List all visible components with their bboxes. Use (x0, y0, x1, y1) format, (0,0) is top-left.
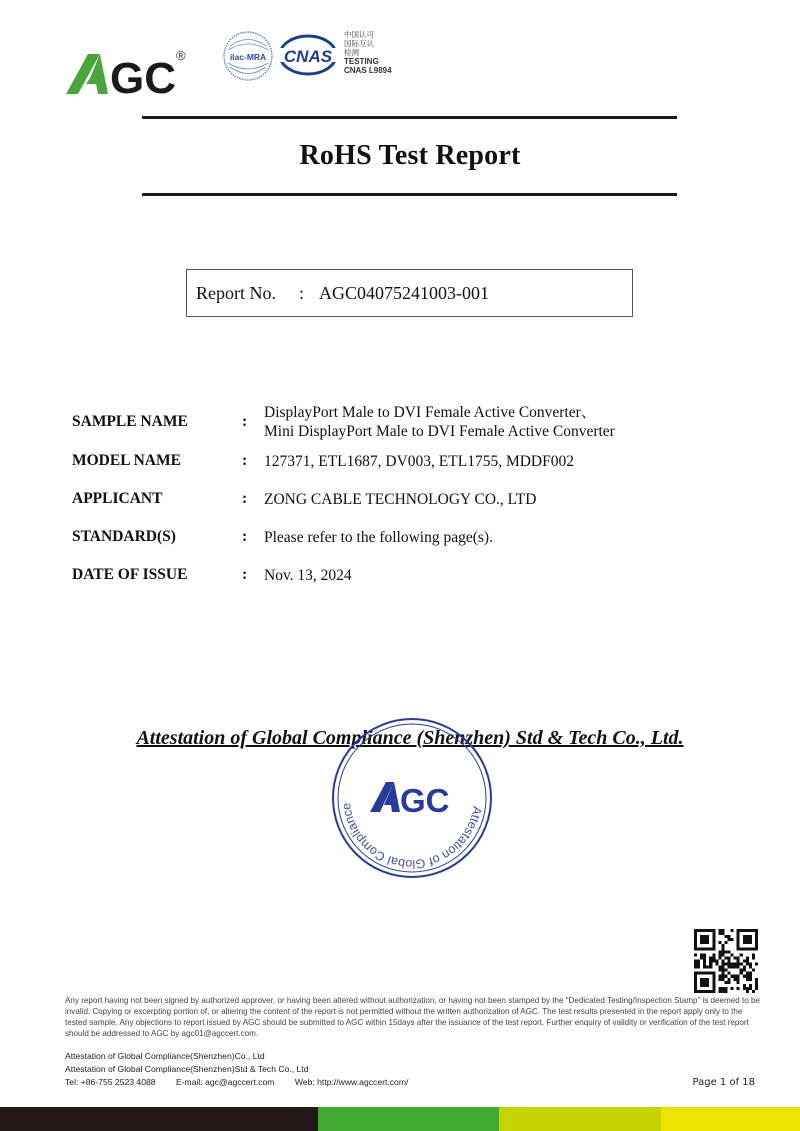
report-number-colon: : (299, 283, 319, 304)
report-number-value: AGC04075241003-001 (319, 283, 489, 304)
sample-name-line: Mini DisplayPort Male to DVI Female Acti… (264, 422, 692, 441)
cnas-logo: CNAS (278, 34, 338, 76)
website-link[interactable]: Web: http://www.agccert.com/ (295, 1077, 409, 1087)
stamp-center-text: GC (400, 782, 450, 819)
info-key: APPLICANT (72, 490, 242, 508)
report-number-box: Report No. : AGC04075241003-001 (186, 269, 633, 317)
stripe-segment-yellow (661, 1107, 800, 1131)
info-value: ZONG CABLE TECHNOLOGY CO., LTD (264, 490, 692, 509)
verification-qr-code[interactable] (694, 929, 758, 993)
cnas-cn-line: 国际互认 (344, 39, 392, 48)
info-key: STANDARD(S) (72, 528, 242, 546)
svg-text:ilac-MRA: ilac-MRA (230, 52, 266, 62)
email-link[interactable]: E-mail: agc@agccert.com (176, 1077, 275, 1087)
sample-name-line: DisplayPort Male to DVI Female Active Co… (264, 403, 692, 422)
info-row-applicant: APPLICANT : ZONG CABLE TECHNOLOGY CO., L… (72, 480, 692, 518)
registered-mark: ® (176, 48, 186, 63)
cnas-cn-line: 中国认可 (344, 30, 392, 39)
page-title: RoHS Test Report (0, 140, 800, 172)
stripe-segment-green (318, 1107, 499, 1131)
info-value: Nov. 13, 2024 (264, 566, 692, 585)
info-key: MODEL NAME (72, 452, 242, 470)
cnas-en-line: TESTING (344, 57, 392, 66)
telephone: Tel: +86-755 2523 4088 (65, 1077, 156, 1087)
svg-text:CNAS: CNAS (284, 47, 333, 66)
legal-disclaimer: Any report having not been signed by aut… (65, 995, 765, 1039)
info-colon: : (242, 566, 264, 584)
info-colon: : (242, 452, 264, 470)
title-bottom-rule (142, 193, 677, 196)
info-value: DisplayPort Male to DVI Female Active Co… (264, 403, 692, 441)
info-row-date-of-issue: DATE OF ISSUE : Nov. 13, 2024 (72, 556, 692, 594)
info-row-model-name: MODEL NAME : 127371, ETL1687, DV003, ETL… (72, 442, 692, 480)
footer-color-stripe (0, 1107, 800, 1131)
ilac-mra-logo: ilac-MRA (222, 30, 274, 82)
cnas-cn-line: 检测 (344, 48, 392, 57)
contact-block: Attestation of Global Compliance(Shenzhe… (65, 1050, 426, 1089)
stripe-segment-dark (0, 1107, 318, 1131)
report-number-label: Report No. (196, 283, 299, 304)
page-number: Page 1 of 18 (693, 1077, 755, 1088)
info-colon: : (242, 413, 264, 431)
info-key: SAMPLE NAME (72, 413, 242, 431)
info-key: DATE OF ISSUE (72, 566, 242, 584)
cnas-accreditation-text: 中国认可 国际互认 检测 TESTING CNAS L9894 (344, 30, 392, 75)
company-seal-stamp: Attestation of Global Compliance (Shenzh… (330, 716, 494, 880)
stripe-segment-lime (499, 1107, 661, 1131)
info-row-standards: STANDARD(S) : Please refer to the follow… (72, 518, 692, 556)
company-name-2: Attestation of Global Compliance(Shenzhe… (65, 1063, 426, 1076)
cnas-en-line: CNAS L9894 (344, 66, 392, 75)
info-row-sample-name: SAMPLE NAME : DisplayPort Male to DVI Fe… (72, 402, 692, 442)
info-colon: : (242, 490, 264, 508)
info-value: 127371, ETL1687, DV003, ETL1755, MDDF002 (264, 452, 692, 471)
svg-text:GC: GC (110, 54, 176, 98)
title-top-rule (142, 116, 677, 119)
info-value: Please refer to the following page(s). (264, 528, 692, 547)
sample-info-table: SAMPLE NAME : DisplayPort Male to DVI Fe… (72, 402, 692, 594)
company-name-1: Attestation of Global Compliance(Shenzhe… (65, 1050, 426, 1063)
agc-logo: GC (64, 48, 194, 98)
info-colon: : (242, 528, 264, 546)
